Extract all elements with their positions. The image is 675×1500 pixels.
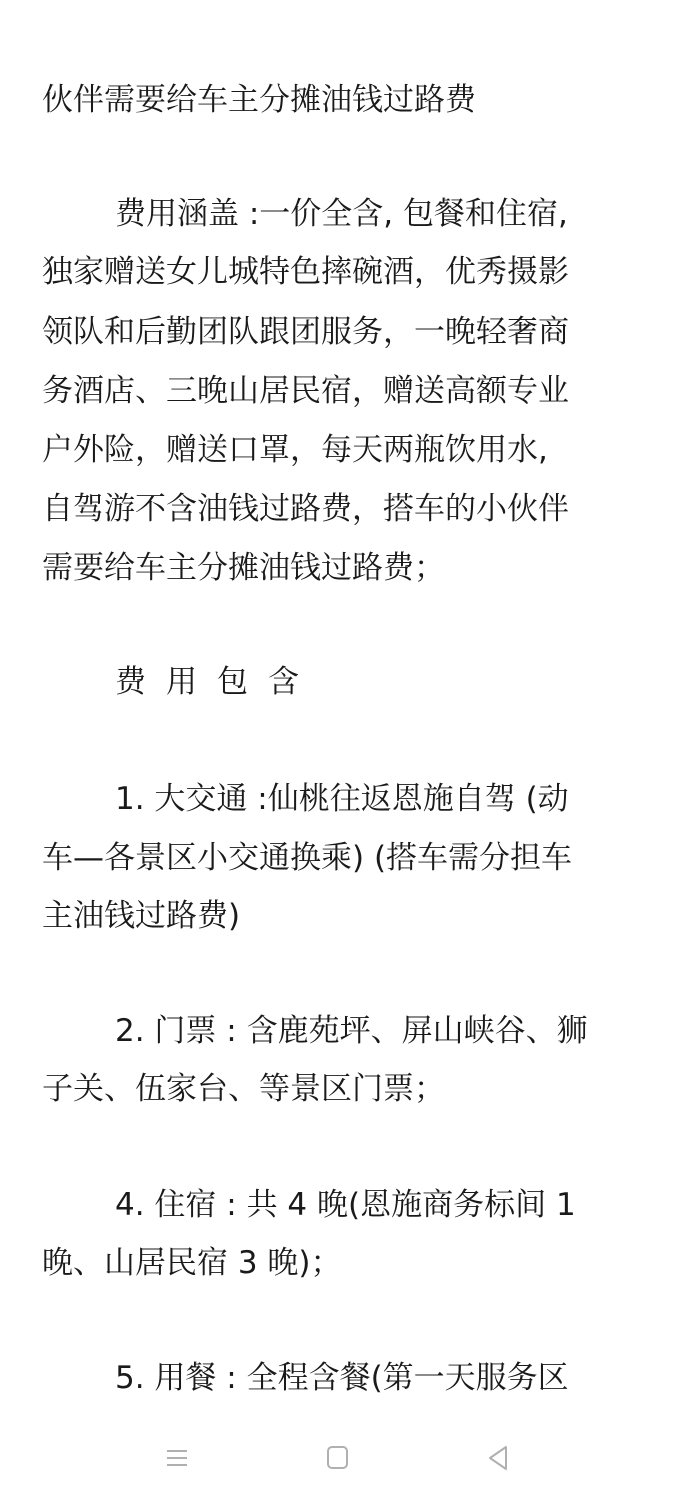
- text-line: 费用涵盖 :一价全含, 包餐和住宿,: [115, 194, 568, 234]
- text-line: 晚、山居民宿 3 晚)；: [42, 1243, 342, 1283]
- text-line: 户外险，赠送口罩，每天两瓶饮用水,: [42, 430, 548, 470]
- text-line: 2. 门票 : 含鹿苑坪、屏山峡谷、狮: [115, 1011, 588, 1051]
- text-line: 务酒店、三晚山居民宿，赠送高额专业: [42, 371, 569, 411]
- text-line: 自驾游不含油钱过路费，搭车的小伙伴: [42, 489, 569, 529]
- back-icon: [486, 1445, 510, 1471]
- menu-button[interactable]: [157, 1438, 197, 1478]
- system-navbar: [0, 1420, 675, 1500]
- section-heading: 费用包含: [115, 662, 319, 702]
- text-line: 车—各景区小交通换乘) (搭车需分担车: [42, 838, 572, 878]
- text-line: 1. 大交通 :仙桃往返恩施自驾 (动: [115, 779, 569, 819]
- text-line: 4. 住宿 : 共 4 晚(恩施商务标间 1: [115, 1185, 576, 1225]
- back-button[interactable]: [478, 1438, 518, 1478]
- home-icon: [326, 1445, 350, 1471]
- home-button[interactable]: [318, 1438, 358, 1478]
- text-line: 独家赠送女儿城特色摔碗酒，优秀摄影: [42, 252, 569, 292]
- text-line: 领队和后勤团队跟团服务，一晚轻奢商: [42, 312, 569, 352]
- text-line: 子关、伍家台、等景区门票；: [42, 1069, 445, 1109]
- text-line: 需要给车主分摊油钱过路费；: [42, 548, 445, 588]
- menu-icon: [165, 1446, 189, 1470]
- text-line: 主油钱过路费): [42, 896, 240, 936]
- text-line: 5. 用餐 : 全程含餐(第一天服务区: [115, 1358, 569, 1398]
- text-line: 伙伴需要给车主分摊油钱过路费: [42, 80, 476, 120]
